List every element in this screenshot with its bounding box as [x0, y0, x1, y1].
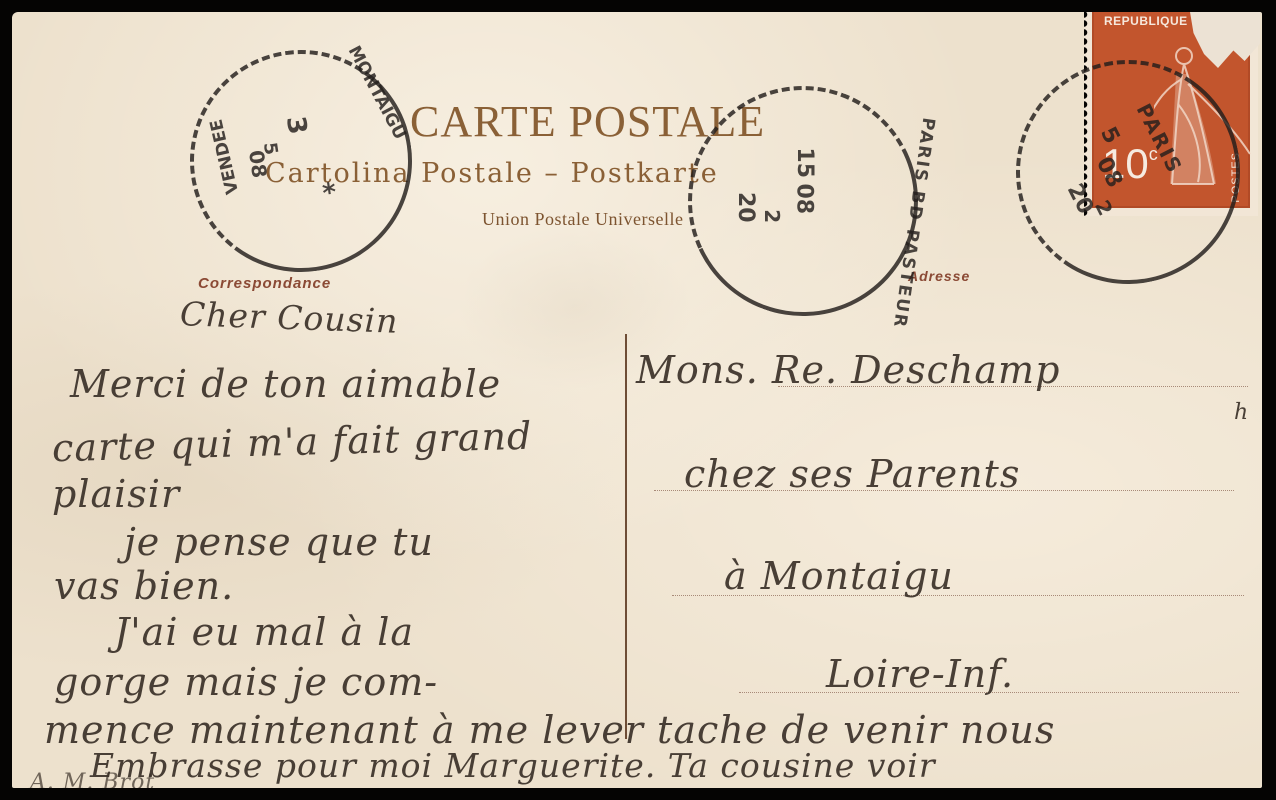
message-line: J'ai eu mal à la — [114, 610, 414, 654]
message-line: vas bien. — [54, 564, 234, 608]
message-line: Merci de ton aimable — [70, 362, 501, 406]
address-line: Loire-Inf. — [826, 652, 1014, 696]
correspondence-label: Correspondance — [198, 275, 331, 292]
address-line: à Montaigu — [724, 554, 954, 598]
address-line: chez ses Parents — [684, 452, 1020, 496]
postmark-montaigu-icon: MONTAIGU VENDEE 3 5 08 * — [176, 36, 427, 287]
message-line: carte qui m'a fait grand — [52, 414, 533, 471]
divider-line — [625, 334, 627, 739]
message-line: Embrasse pour moi Marguerite. Ta cousine… — [90, 746, 936, 785]
message-line: je pense que tu — [124, 520, 434, 564]
address-overflow: h — [1234, 400, 1249, 425]
postcard: CARTE POSTALE Cartolina Postale – Postka… — [12, 12, 1262, 788]
stamp-country: REPUBLIQUE — [1104, 14, 1188, 28]
union-postale-label: Union Postale Universelle — [482, 209, 683, 230]
message-line: gorge mais je com- — [54, 660, 438, 704]
signature: A. M. Brot — [30, 770, 155, 788]
message-line: plaisir — [52, 472, 180, 516]
address-line: Mons. Re. Deschamp — [636, 348, 1060, 392]
message-line: Cher Cousin — [179, 294, 399, 341]
address-label: Adresse — [908, 268, 970, 284]
